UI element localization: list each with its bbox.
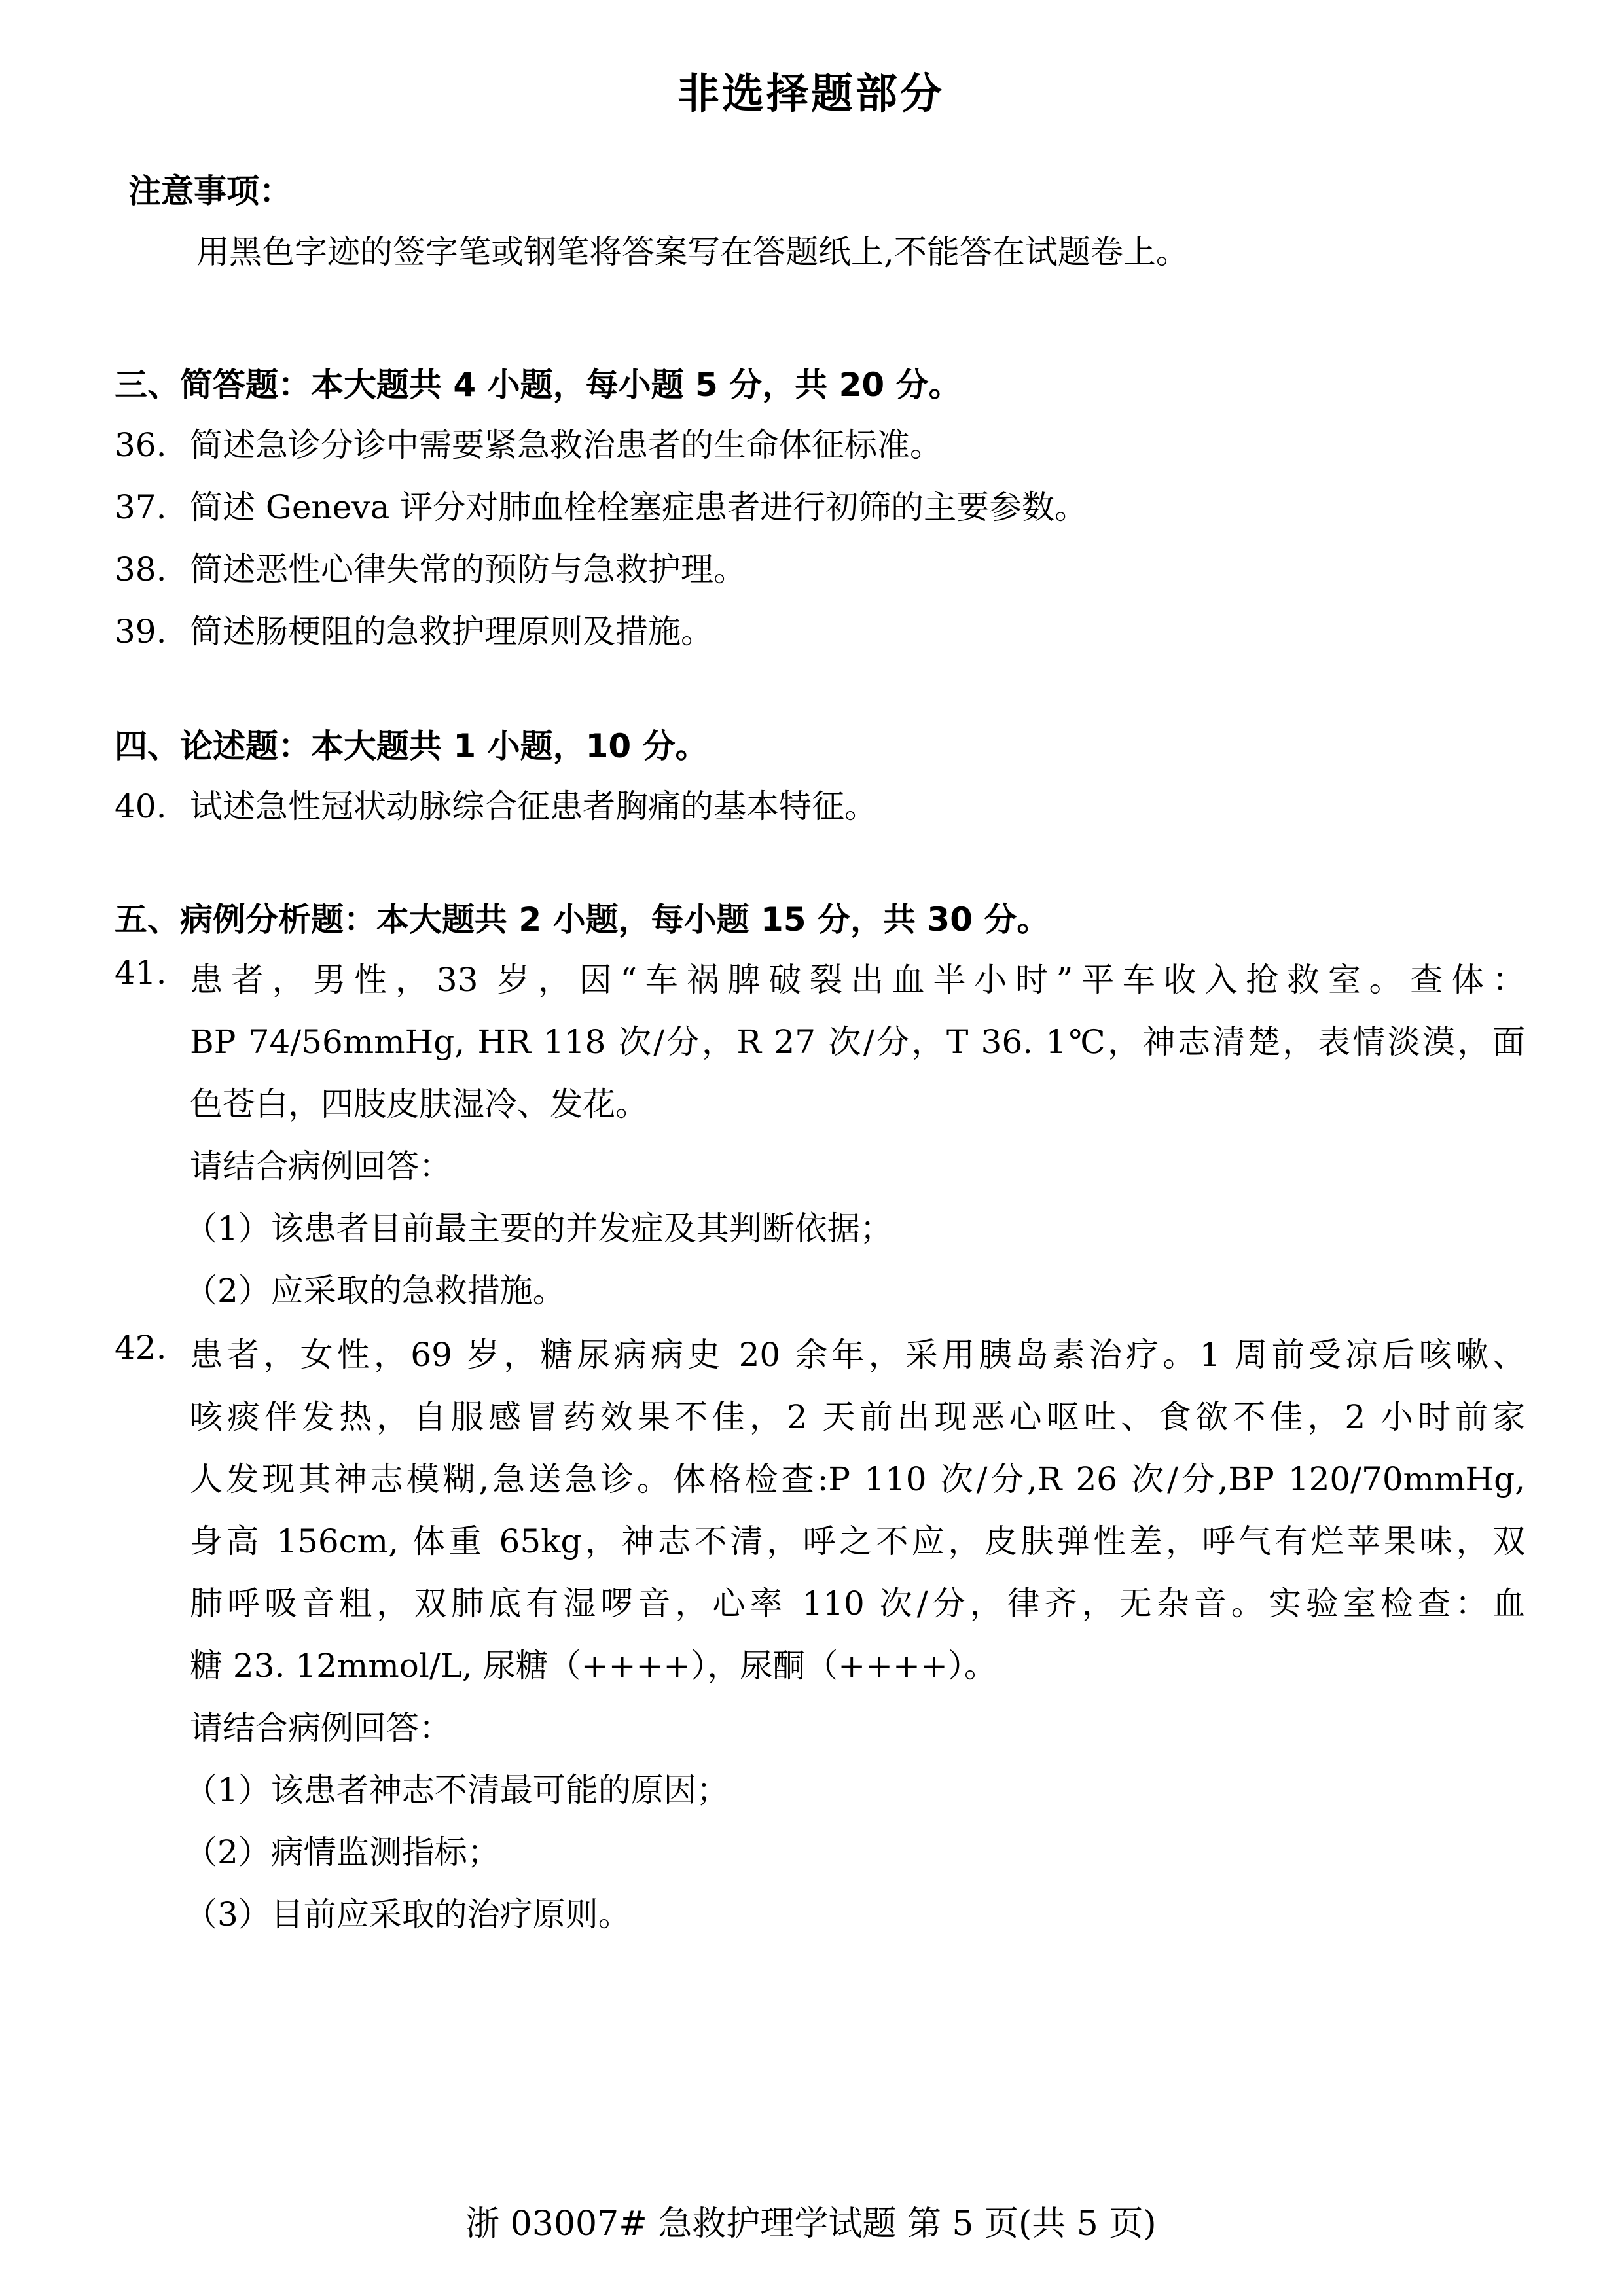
question-text: 简述 Geneva 评分对肺血栓栓塞症患者进行初筛的主要参数。 (190, 488, 1087, 526)
section-heading-short-answer: 三、简答题：本大题共 4 小题，每小题 5 分，共 20 分。 (115, 359, 962, 406)
question-37: 37.简述 Geneva 评分对肺血栓栓塞症患者进行初筛的主要参数。 (115, 481, 1087, 528)
case-42-sub-3: （3）目前应采取的治疗原则。 (185, 1888, 631, 1935)
notice-body: 用黑色字迹的签字笔或钢笔将答案写在答题纸上,不能答在试题卷上。 (196, 226, 1189, 273)
question-text: 简述肠梗阻的急救护理原则及措施。 (190, 613, 713, 651)
case-41-sub-1: （1）该患者目前最主要的并发症及其判断依据； (185, 1202, 893, 1249)
question-42: 42. (115, 1329, 190, 1367)
question-40: 40.试述急性冠状动脉综合征患者胸痛的基本特征。 (115, 780, 877, 827)
case-42-sub-2: （2）病情监测指标； (185, 1826, 500, 1873)
case-41-line-3: 色苍白，四肢皮肤湿冷、发花。 (190, 1078, 648, 1125)
case-41-sub-2: （2）应采取的急救措施。 (185, 1265, 566, 1312)
section-heading-case-analysis: 五、病例分析题：本大题共 2 小题，每小题 15 分，共 30 分。 (115, 893, 1049, 941)
page-footer: 浙 03007# 急救护理学试题 第 5 页(共 5 页) (0, 2196, 1622, 2245)
case-42-line-2: 咳痰伴发热，自服感冒药效果不佳，2 天前出现恶心呕吐、食欲不佳，2 小时前家 (190, 1391, 1525, 1438)
question-text: 简述急诊分诊中需要紧急救治患者的生命体征标准。 (190, 426, 943, 464)
question-38: 38.简述恶性心律失常的预防与急救护理。 (115, 543, 746, 590)
question-36: 36.简述急诊分诊中需要紧急救治患者的生命体征标准。 (115, 419, 943, 466)
case-42-sub-1: （1）该患者神志不清最可能的原因； (185, 1764, 729, 1811)
case-41-prompt: 请结合病例回答： (190, 1140, 452, 1187)
case-41-line-2: BP 74/56mmHg, HR 118 次/分，R 27 次/分，T 36. … (190, 1016, 1525, 1063)
question-number: 39. (115, 613, 190, 651)
question-number: 41. (115, 954, 190, 992)
page-title: 非选择题部分 (0, 60, 1622, 120)
question-number: 36. (115, 426, 190, 464)
question-number: 38. (115, 550, 190, 588)
question-number: 37. (115, 488, 190, 526)
case-42-line-5: 肺呼吸音粗，双肺底有湿啰音，心率 110 次/分，律齐，无杂音。实验室检查：血 (190, 1577, 1525, 1624)
case-42-line-4: 身高 156cm, 体重 65kg，神志不清，呼之不应，皮肤弹性差，呼气有烂苹果… (190, 1515, 1525, 1562)
case-41-line-1: 患者，男性，33 岁，因“车祸脾破裂出血半小时”平车收入抢救室。查体： (190, 954, 1525, 1001)
case-42-line-1: 患者，女性，69 岁，糖尿病病史 20 余年，采用胰岛素治疗。1 周前受凉后咳嗽… (190, 1329, 1525, 1376)
case-42-line-3: 人发现其神志模糊,急送急诊。体格检查:P 110 次/分,R 26 次/分,BP… (190, 1453, 1525, 1500)
question-text: 试述急性冠状动脉综合征患者胸痛的基本特征。 (190, 787, 877, 825)
question-number: 42. (115, 1329, 190, 1367)
section-heading-essay: 四、论述题：本大题共 1 小题，10 分。 (115, 720, 708, 767)
notice-heading: 注意事项： (128, 165, 292, 212)
case-42-prompt: 请结合病例回答： (190, 1702, 452, 1749)
question-39: 39.简述肠梗阻的急救护理原则及措施。 (115, 605, 713, 653)
question-number: 40. (115, 787, 190, 825)
question-text: 简述恶性心律失常的预防与急救护理。 (190, 550, 746, 588)
case-42-line-6: 糖 23. 12mmol/L, 尿糖（++++），尿酮（++++）。 (190, 1640, 997, 1687)
question-41: 41. (115, 954, 190, 992)
